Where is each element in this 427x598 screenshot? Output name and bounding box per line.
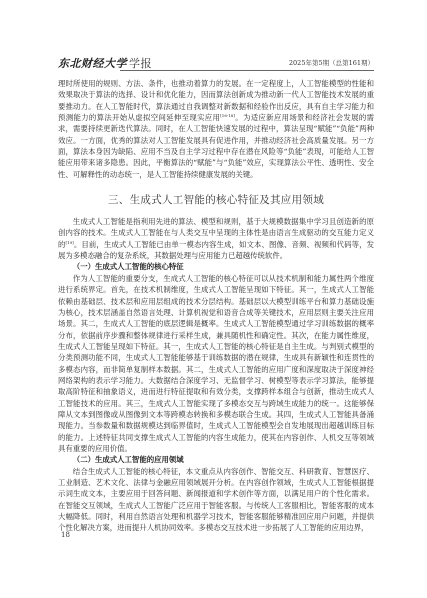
- journal-page: 东北财经大学学报 2025年第5期（总第161期） 理时所使用的规则、方法、条件…: [0, 0, 427, 598]
- subheading-core-features: （一）生成式人工智能的核心特征: [58, 261, 374, 272]
- citation: [16-18]: [220, 113, 235, 118]
- paragraph-core-features: 作为人工智能的重要分支，生成式人工智能的核心特征可以从技术机制和能力属性两个维度…: [58, 273, 374, 455]
- article-body: 理时所使用的规则、方法、条件，也推动着算力的发展。在一定程度上，人工智能模型的性…: [58, 78, 374, 534]
- header-rule: [120, 70, 374, 71]
- paragraph-application-fields: 结合生成式人工智能的核心特征，本文重点从内容创作、智能交互、科研教育、智慧医疗、…: [58, 466, 374, 534]
- issue-info: 2025年第5期（总第161期）: [289, 58, 374, 67]
- running-header: 东北财经大学学报 2025年第5期（总第161期）: [58, 55, 374, 73]
- journal-suffix: 学报: [129, 57, 152, 70]
- paragraph-algorithm: 理时所使用的规则、方法、条件，也推动着算力的发展。在一定程度上，人工智能模型的性…: [58, 78, 374, 180]
- journal-name: 东北财经大学: [58, 57, 127, 70]
- paragraph-definition: 生成式人工智能是指利用先进的算法、模型和规则，基于大规模数据集中学习且创造新的原…: [58, 216, 374, 261]
- section-title: 三、生成式人工智能的核心特征及其应用领域: [58, 193, 374, 207]
- subheading-application-fields: （二）生成式人工智能的应用领域: [58, 454, 374, 465]
- citation: [19]: [66, 240, 74, 245]
- page-number: 18: [61, 531, 70, 539]
- journal-logo: 东北财经大学学报: [58, 55, 152, 71]
